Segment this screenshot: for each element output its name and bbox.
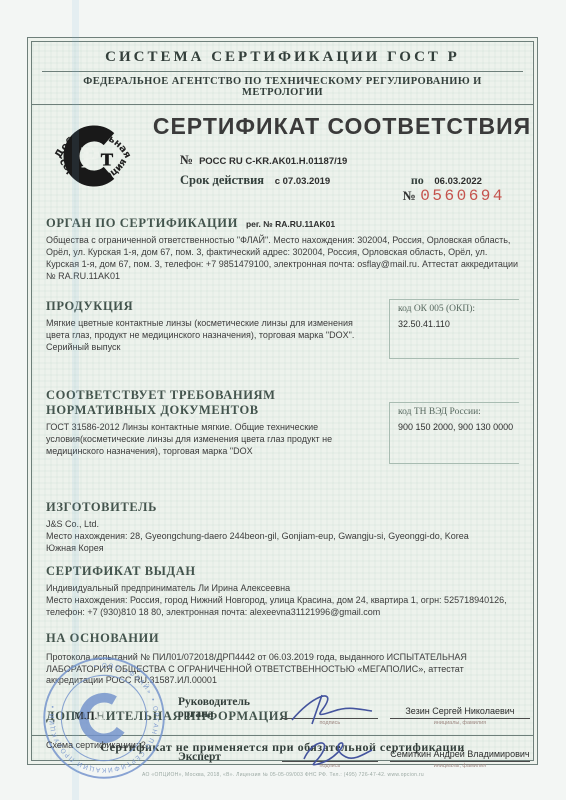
expert-name-caption: инициалы, фамилия (390, 762, 530, 769)
document-title: СЕРТИФИКАТ СООТВЕТСТВИЯ (152, 113, 532, 140)
expert-role-label: Эксперт (178, 751, 282, 769)
head-signature-row: Руководитель органа подпись Зезин Сергей… (178, 690, 530, 726)
valid-from-date: 07.03.2019 (283, 176, 331, 187)
certificate-number: РОСС RU C-KR.AK01.H.01187/19 (199, 156, 347, 167)
manufacturer-country: Южная Корея (46, 542, 519, 554)
certificate-inner-frame: СИСТЕМА СЕРТИФИКАЦИИ ГОСТ Р ФЕДЕРАЛЬНОЕ … (31, 41, 534, 761)
blank-number-digits: 0560694 (420, 187, 505, 205)
production-text: Мягкие цветные контактные линзы (космети… (46, 318, 377, 354)
header-box: СИСТЕМА СЕРТИФИКАЦИИ ГОСТ Р ФЕДЕРАЛЬНОЕ … (32, 42, 533, 105)
expert-signature-row: Эксперт подпись Семиткин Андрей Владимир… (178, 735, 530, 769)
mp-stamp-place-label: М.П. (74, 710, 97, 722)
manufacturer-name: J&S Co., Ltd. (46, 518, 519, 530)
expert-name: Семиткин Андрей Владимирович (390, 749, 530, 762)
head-name: Зезин Сергей Николаевич (390, 706, 530, 719)
validity-label: Срок действия (180, 173, 264, 187)
logo-t-glyph: т (101, 142, 114, 171)
okp-code-value: 32.50.41.110 (398, 319, 515, 331)
tnved-code-box: код ТН ВЭД России: 900 150 2000, 900 130… (389, 402, 519, 464)
expert-name-cell: Семиткин Андрей Владимирович инициалы, ф… (390, 749, 530, 769)
blank-serial-number: № 0560694 (403, 187, 505, 205)
organ-reg-number: рег. № RA.RU.11AK01 (246, 219, 335, 229)
certification-body-section: ОРГАН ПО СЕРТИФИКАЦИИрег. № RA.RU.11AK01… (46, 216, 519, 283)
issued-details: Место нахождения: Россия, город Нижний Н… (46, 594, 519, 618)
system-title: СИСТЕМА СЕРТИФИКАЦИИ ГОСТ Р (42, 49, 523, 72)
head-signature-icon (282, 692, 378, 726)
organ-heading: ОРГАН ПО СЕРТИФИКАЦИИрег. № RA.RU.11AK01 (46, 216, 519, 231)
validity-row: Срок действия с 07.03.2019 по 06.03.2022 (180, 173, 482, 188)
signature-rows: Руководитель органа подпись Зезин Сергей… (178, 690, 530, 778)
conformity-section: код ТН ВЭД России: 900 150 2000, 900 130… (46, 388, 519, 492)
okp-code-box: код ОК 005 (ОКП): 32.50.41.110 (389, 299, 519, 359)
valid-to-date: 06.03.2022 (434, 176, 482, 187)
expert-signature-cell: подпись (282, 735, 378, 769)
manufacturer-address: Место нахождения: 28, Gyeongchung-daero … (46, 530, 519, 542)
certificate-frame: СИСТЕМА СЕРТИФИКАЦИИ ГОСТ Р ФЕДЕРАЛЬНОЕ … (27, 37, 538, 765)
issued-to-section: СЕРТИФИКАТ ВЫДАН Индивидуальный предприн… (46, 564, 519, 618)
number-sign: № (180, 152, 193, 167)
certificate-number-row: №РОСС RU C-KR.AK01.H.01187/19 (180, 152, 347, 168)
from-label: с (275, 176, 280, 187)
basis-heading: НА ОСНОВАНИИ (46, 631, 519, 646)
expert-signature-icon (282, 737, 378, 769)
manufacturer-section: ИЗГОТОВИТЕЛЬ J&S Co., Ltd. Место нахожде… (46, 500, 519, 554)
rst-certification-logo-icon: Добровольная сертификация Р т (46, 109, 140, 203)
issued-name: Индивидуальный предприниматель Ли Ирина … (46, 582, 519, 594)
organ-text: Общества с ограниченной ответственностью… (46, 235, 519, 283)
blank-number-sign: № (403, 188, 416, 203)
manufacturer-heading: ИЗГОТОВИТЕЛЬ (46, 500, 519, 515)
issued-heading: СЕРТИФИКАТ ВЫДАН (46, 564, 519, 579)
logo-p-glyph: Р (81, 139, 100, 174)
agency-title: ФЕДЕРАЛЬНОЕ АГЕНТСТВО ПО ТЕХНИЧЕСКОМУ РЕ… (42, 76, 523, 98)
tnved-code-label: код ТН ВЭД России: (398, 407, 515, 417)
to-label: по (411, 173, 424, 187)
production-section: код ОК 005 (ОКП): 32.50.41.110 ПРОДУКЦИЯ… (46, 299, 519, 382)
title-area: Добровольная сертификация Р т СЕРТИФИКАТ… (32, 105, 533, 205)
head-name-caption: инициалы, фамилия (390, 719, 530, 726)
head-name-cell: Зезин Сергей Николаевич инициалы, фамили… (390, 706, 530, 726)
head-signature-cell: подпись (282, 690, 378, 726)
round-stamp-seal: • ООО «ФЛАЙ» • ОРГАН ПО СЕРТИФИКАЦИИ ПРО… (40, 654, 168, 782)
tnved-code-value: 900 150 2000, 900 130 0000 (398, 422, 515, 434)
head-role-label: Руководитель органа (178, 696, 282, 726)
okp-code-label: код ОК 005 (ОКП): (398, 304, 515, 314)
conformity-text: ГОСТ 31586-2012 Линзы контактные мягкие.… (46, 422, 377, 458)
